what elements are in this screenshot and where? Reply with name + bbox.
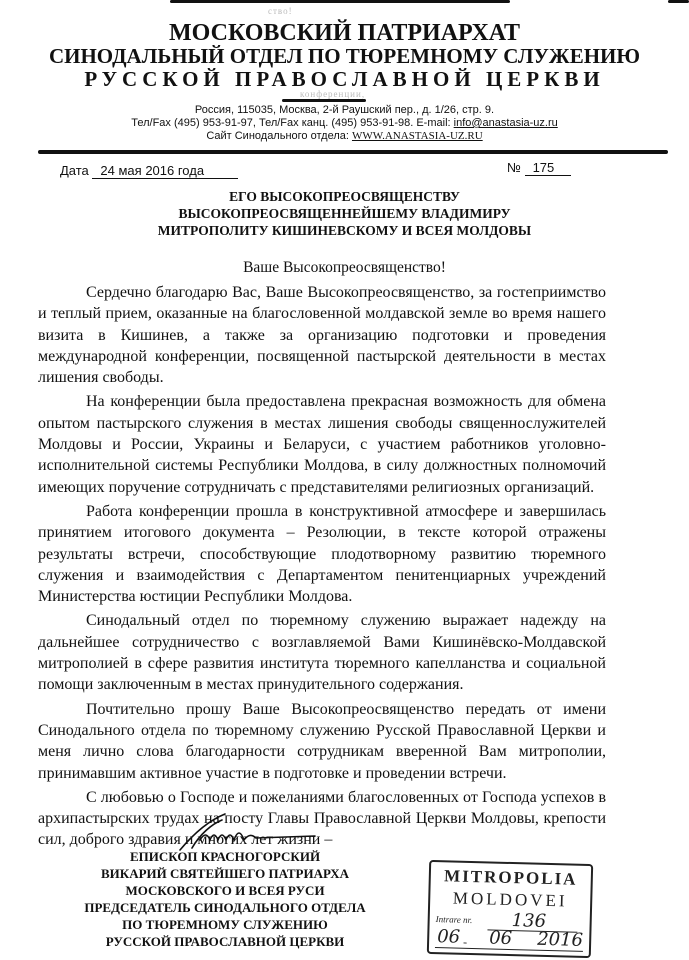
stamp-month: 06 bbox=[489, 927, 512, 949]
handwritten-signature bbox=[140, 812, 320, 852]
paragraph: С любовью о Господе и пожеланиями благос… bbox=[38, 787, 606, 851]
paragraph: Сердечно благодарю Вас, Ваше Высокопреос… bbox=[38, 282, 606, 388]
addressee-line-3: МИТРОПОЛИТУ КИШИНЕВСКОМУ И ВСЕЯ МОЛДОВЫ bbox=[0, 222, 689, 239]
bleed-through-text: конференции, bbox=[300, 89, 365, 99]
top-scan-bar bbox=[170, 0, 510, 3]
stamp-line-1: MITROPOLIA bbox=[431, 866, 591, 890]
stamp-year: 2016 bbox=[537, 929, 583, 951]
date-label: Дата bbox=[60, 163, 89, 178]
letterhead-patriarchate: МОСКОВСКИЙ ПАТРИАРХАТ bbox=[0, 20, 689, 47]
number-value: 175 bbox=[525, 160, 571, 176]
signatory-block: ЕПИСКОП КРАСНОГОРСКИЙ ВИКАРИЙ СВЯТЕЙШЕГО… bbox=[70, 848, 380, 950]
stamp-line-2: MOLDOVEI bbox=[430, 888, 590, 912]
letterhead-divider-short bbox=[282, 99, 366, 102]
salutation: Ваше Высокопреосвященство! bbox=[0, 259, 689, 277]
signatory-line-2: ВИКАРИЙ СВЯТЕЙШЕГО ПАТРИАРХА bbox=[70, 865, 380, 882]
top-scan-bar-right bbox=[668, 0, 689, 3]
signatory-line-3: МОСКОВСКОГО И ВСЕЯ РУСИ bbox=[70, 882, 380, 899]
paragraph: Синодальный отдел по тюремному служению … bbox=[38, 610, 606, 695]
addressee-line-1: ЕГО ВЫСОКОПРЕОСВЯЩЕНСТВУ bbox=[0, 188, 689, 205]
email-link[interactable]: info@anastasia-uz.ru bbox=[454, 117, 558, 129]
paragraph: Работа конференции прошла в конструктивн… bbox=[38, 501, 606, 607]
letter-date: Дата 24 мая 2016 года bbox=[60, 163, 238, 179]
incoming-registration-stamp: MITROPOLIA MOLDOVEI Intrare nr. 136 06 -… bbox=[427, 860, 593, 958]
letter-number: № 175 bbox=[507, 160, 571, 176]
paragraph: Почтительно прошу Ваше Высокопреосвященс… bbox=[38, 699, 606, 784]
phone-text: Тел/Fax (495) 953-91-97, Тел/Fax канц. (… bbox=[131, 117, 453, 129]
addressee-block: ЕГО ВЫСОКОПРЕОСВЯЩЕНСТВУ ВЫСОКОПРЕОСВЯЩЕ… bbox=[0, 188, 689, 239]
stamp-day: 06 bbox=[437, 926, 460, 948]
signatory-line-5: ПО ТЮРЕМНОМУ СЛУЖЕНИЮ bbox=[70, 916, 380, 933]
signatory-line-6: РУССКОЙ ПРАВОСЛАВНОЙ ЦЕРКВИ bbox=[70, 933, 380, 950]
site-label: Сайт Синодального отдела: bbox=[206, 130, 352, 142]
letterhead-site: Сайт Синодального отдела: WWW.ANASTASIA-… bbox=[0, 130, 689, 142]
signatory-line-4: ПРЕДСЕДАТЕЛЬ СИНОДАЛЬНОГО ОТДЕЛА bbox=[70, 899, 380, 916]
letterhead-phones: Тел/Fax (495) 953-91-97, Тел/Fax канц. (… bbox=[0, 117, 689, 129]
number-label: № bbox=[507, 160, 521, 175]
bleed-through-text: ство! bbox=[268, 6, 293, 16]
date-value: 24 мая 2016 года bbox=[92, 163, 238, 179]
letterhead-divider bbox=[38, 150, 668, 154]
site-link[interactable]: WWW.ANASTASIA-UZ.RU bbox=[352, 130, 483, 142]
addressee-line-2: ВЫСОКОПРЕОСВЯЩЕННЕЙШЕМУ ВЛАДИМИРУ bbox=[0, 205, 689, 222]
signatory-line-1: ЕПИСКОП КРАСНОГОРСКИЙ bbox=[70, 848, 380, 865]
letterhead-address: Россия, 115035, Москва, 2-й Раушский пер… bbox=[0, 104, 689, 116]
letter-body: Сердечно благодарю Вас, Ваше Высокопреос… bbox=[38, 282, 606, 854]
stamp-intrare-label: Intrare nr. bbox=[436, 914, 473, 925]
letterhead-department: СИНОДАЛЬНЫЙ ОТДЕЛ ПО ТЮРЕМНОМУ СЛУЖЕНИЮ bbox=[0, 44, 689, 69]
paragraph: На конференции была предоставлена прекра… bbox=[38, 391, 606, 497]
